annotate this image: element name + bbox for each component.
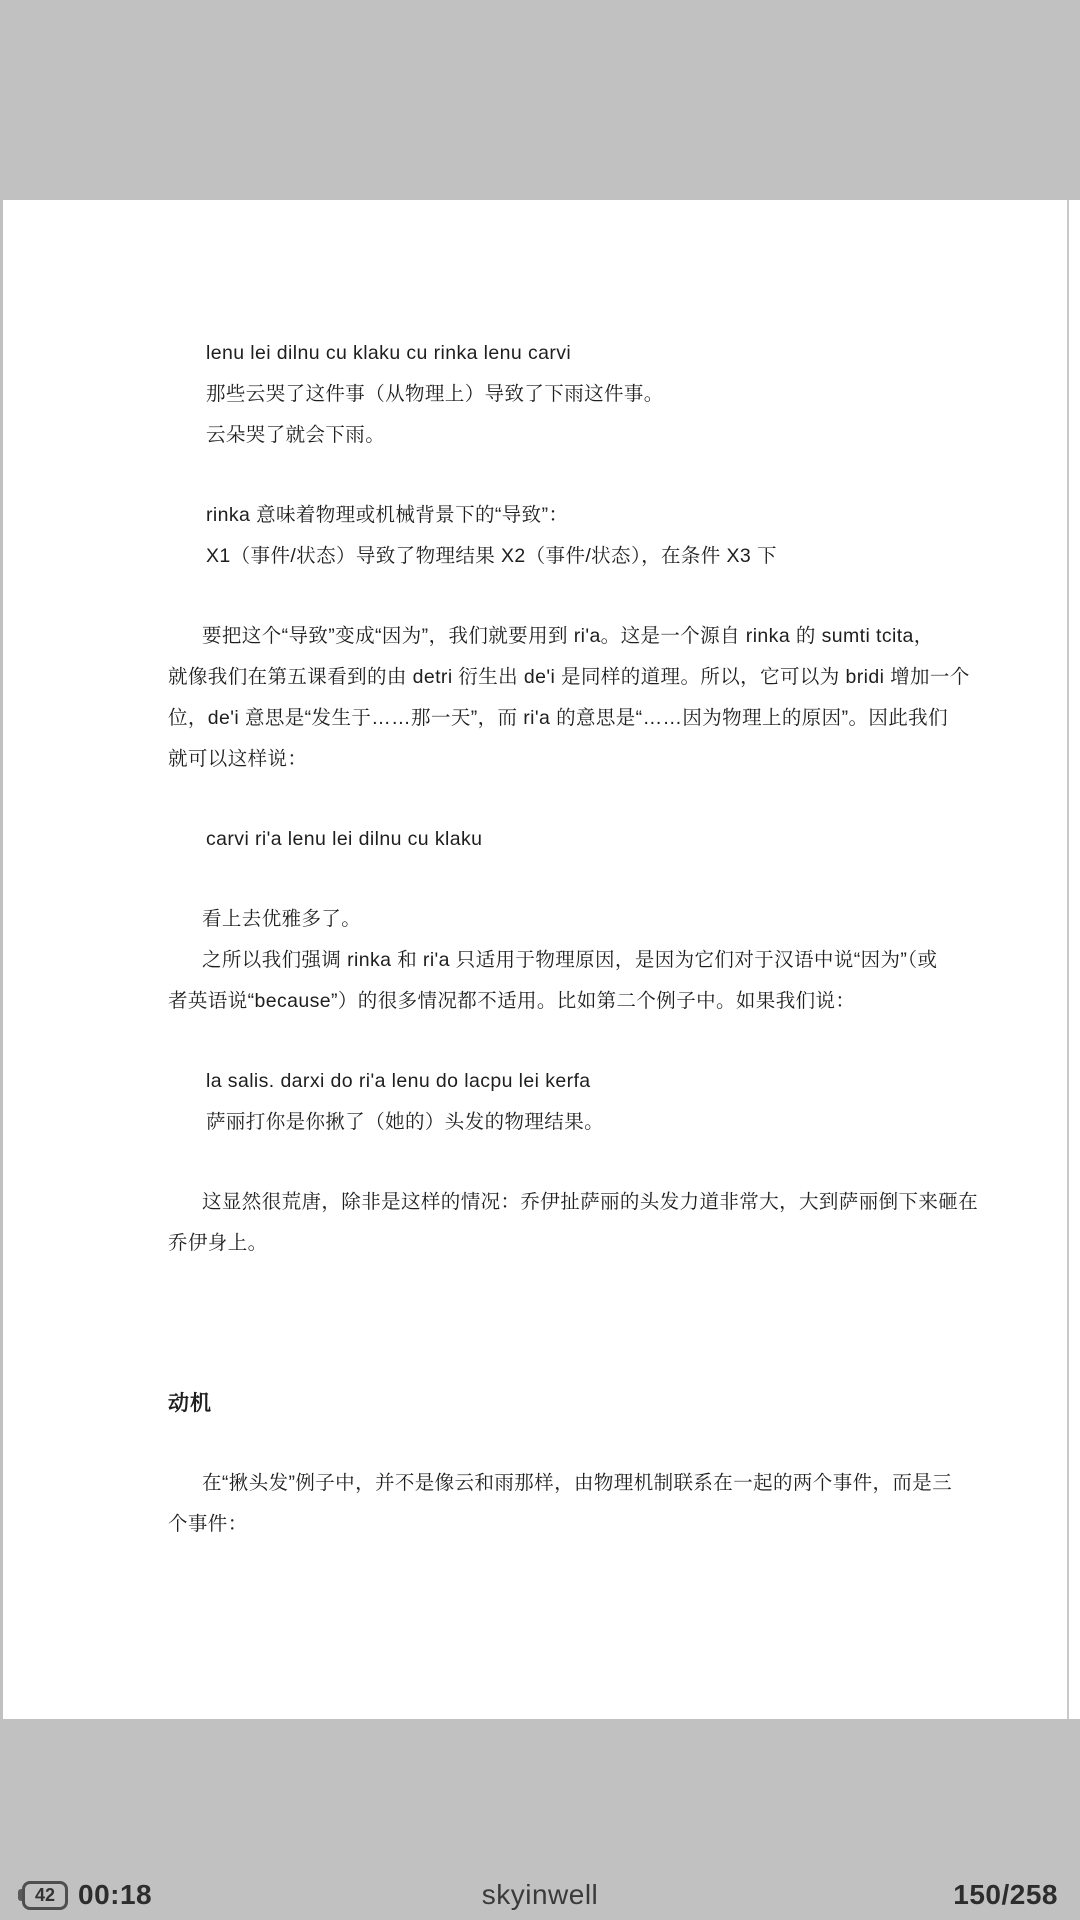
book-title: skyinwell [482,1879,599,1911]
text-line: 乔伊身上。 [168,1223,928,1264]
text-line: 就像我们在第五课看到的由 detri 衍生出 de'i 是同样的道理。所以，它可… [168,657,928,698]
text-line: 者英语说“because”）的很多情况都不适用。比如第二个例子中。如果我们说： [168,981,928,1022]
text-line: X1（事件/状态）导致了物理结果 X2（事件/状态），在条件 X3 下 [206,536,928,577]
text-line: 看上去优雅多了。 [168,899,928,940]
text-line: 位，de'i 意思是“发生于……那一天”，而 ri'a 的意思是“……因为物理上… [168,698,928,739]
text-line: 在“揪头发”例子中，并不是像云和雨那样，由物理机制联系在一起的两个事件，而是三 [168,1463,928,1504]
page-edge-divider [1067,200,1069,1719]
text-line: 就可以这样说： [168,739,928,780]
text-line: carvi ri'a lenu lei dilnu cu klaku [206,819,928,860]
text-line: rinka 意味着物理或机械背景下的“导致”： [206,495,928,536]
battery-level: 42 [35,1885,55,1906]
section-heading: 动机 [168,1383,928,1424]
text-line: lenu lei dilnu cu klaku cu rinka lenu ca… [206,333,928,374]
text-line: 这显然很荒唐，除非是这样的情况：乔伊扯萨丽的头发力道非常大，大到萨丽倒下来砸在 [168,1182,928,1223]
reader-status-bar: 42 00:18 skyinwell 150/258 [0,1872,1080,1918]
text-line: 个事件： [168,1504,928,1545]
battery-icon: 42 [18,1881,68,1910]
text-line: 那些云哭了这件事（从物理上）导致了下雨这件事。 [206,374,928,415]
page-text: lenu lei dilnu cu klaku cu rinka lenu ca… [168,333,928,1545]
text-line: 之所以我们强调 rinka 和 ri'a 只适用于物理原因，是因为它们对于汉语中… [168,940,928,981]
text-line: 云朵哭了就会下雨。 [206,415,928,456]
book-page[interactable]: lenu lei dilnu cu klaku cu rinka lenu ca… [3,200,1080,1719]
status-time: 00:18 [78,1879,152,1911]
text-line: la salis. darxi do ri'a lenu do lacpu le… [206,1061,928,1102]
text-line: 萨丽打你是你揪了（她的）头发的物理结果。 [206,1102,928,1143]
page-indicator: 150/258 [953,1879,1058,1911]
text-line: 要把这个“导致”变成“因为”，我们就要用到 ri'a。这是一个源自 rinka … [168,616,928,657]
